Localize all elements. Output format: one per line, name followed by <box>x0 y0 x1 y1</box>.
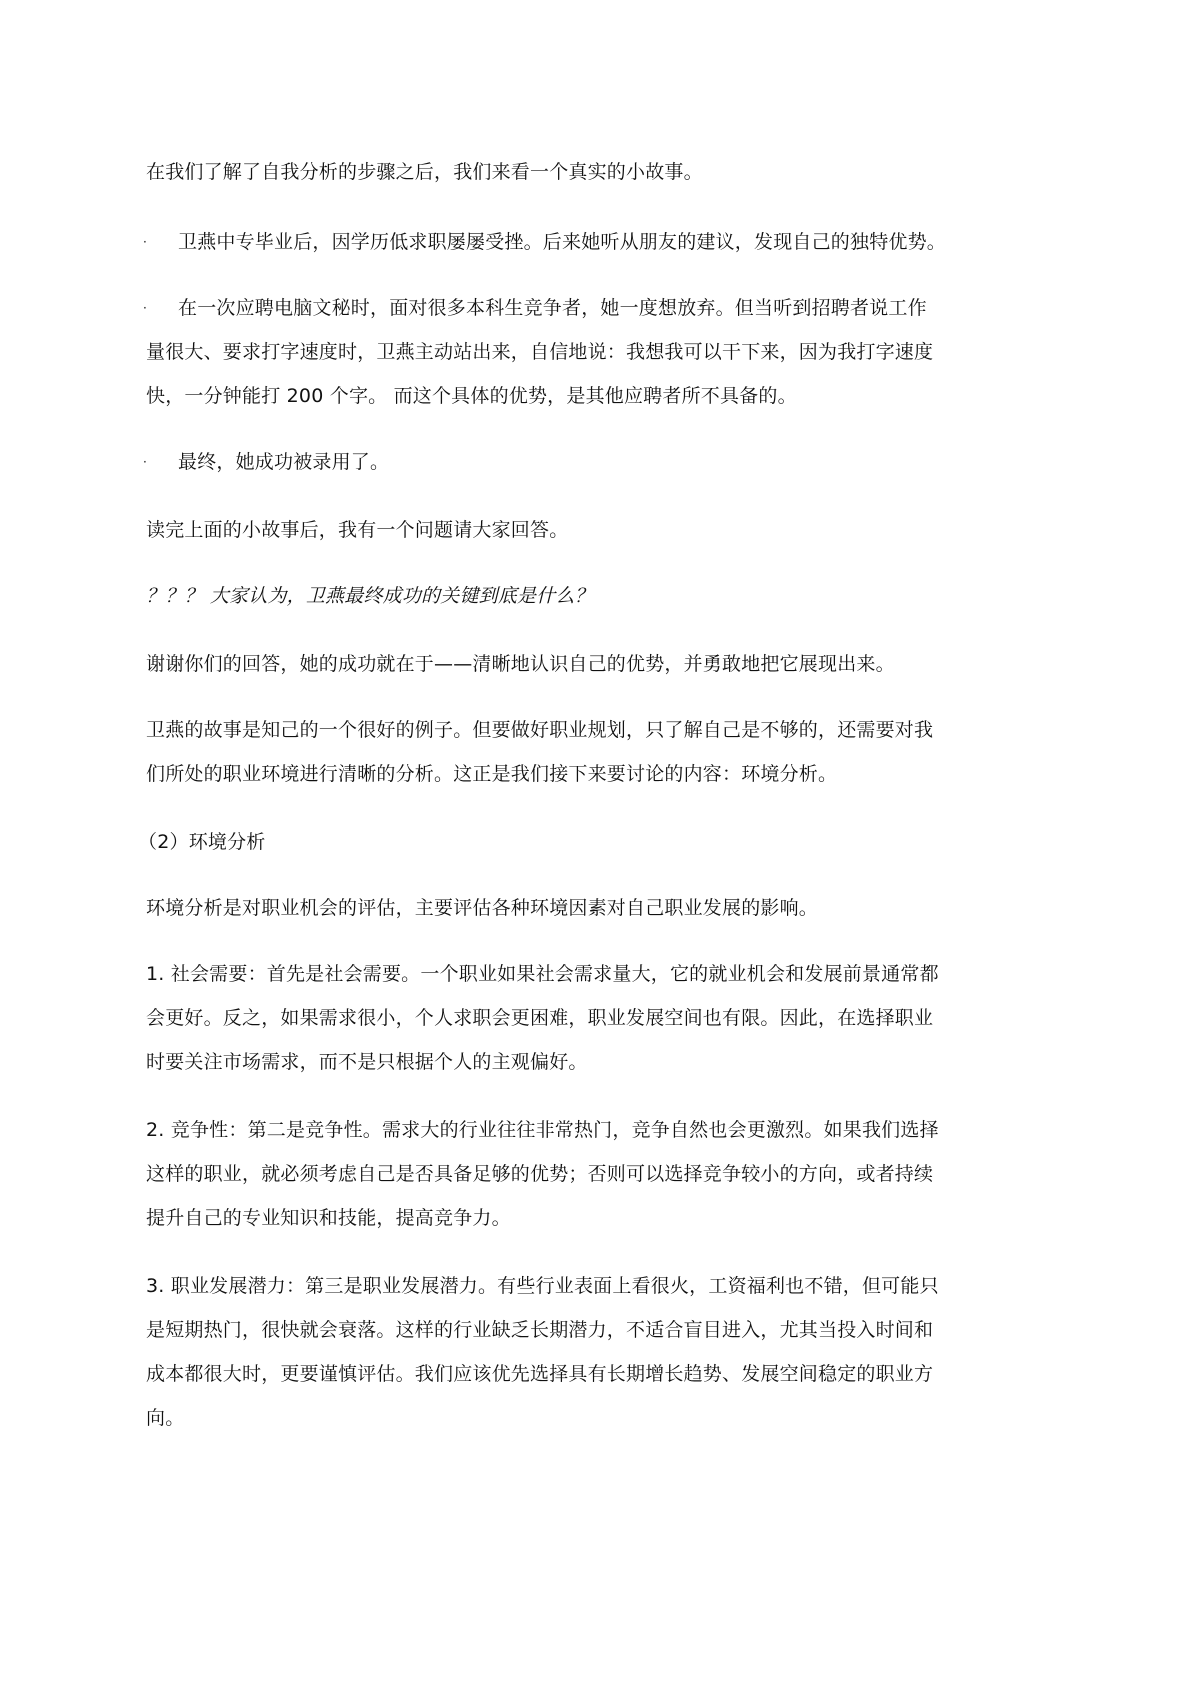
story-paragraph-2-line-2: 量很大、要求打字速度时，卫燕主动站出来，自信地说：我想我可以干下来，因为我打字速… <box>146 340 933 364</box>
intro-paragraph: 在我们了解了自我分析的步骤之后，我们来看一个真实的小故事。 <box>146 160 703 184</box>
bullet-mark: · <box>143 450 147 474</box>
point-3-line-2: 是短期热门，很快就会衰落。这样的行业缺乏长期潜力，不适合盲目进入，尤其当投入时间… <box>146 1318 933 1342</box>
answer-paragraph: 谢谢你们的回答，她的成功就在于——清晰地认识自己的优势，并勇敢地把它展现出来。 <box>146 652 895 676</box>
point-2-line-1: 2. 竞争性：第二是竞争性。需求大的行业往往非常热门，竞争自然也会更激烈。如果我… <box>146 1118 939 1142</box>
point-1-line-2: 会更好。反之，如果需求很小，个人求职会更困难，职业发展空间也有限。因此，在选择职… <box>146 1006 933 1030</box>
section-heading: （2）环境分析 <box>138 830 266 854</box>
bullet-mark: · <box>143 296 147 320</box>
story-paragraph-3: 最终，她成功被录用了。 <box>178 450 389 474</box>
point-3-line-3: 成本都很大时，更要谨慎评估。我们应该优先选择具有长期增长趋势、发展空间稳定的职业… <box>146 1362 933 1386</box>
point-1-line-3: 时要关注市场需求，而不是只根据个人的主观偏好。 <box>146 1050 588 1074</box>
story-paragraph-2-line-1: 在一次应聘电脑文秘时，面对很多本科生竞争者，她一度想放弃。但当听到招聘者说工作 <box>178 296 927 320</box>
point-1-line-1: 1. 社会需要：首先是社会需要。一个职业如果社会需求量大，它的就业机会和发展前景… <box>146 962 939 986</box>
transition-line-1: 卫燕的故事是知己的一个很好的例子。但要做好职业规划，只了解自己是不够的，还需要对… <box>146 718 933 742</box>
story-paragraph-2-line-3: 快，一分钟能打 200 个字。 而这个具体的优势，是其他应聘者所不具备的。 <box>146 384 797 408</box>
point-3-line-1: 3. 职业发展潜力：第三是职业发展潜力。有些行业表面上看很火，工资福利也不错，但… <box>146 1274 939 1298</box>
question-paragraph: ？？？ 大家认为，卫燕最终成功的关键到底是什么？ <box>146 584 594 608</box>
prompt-paragraph: 读完上面的小故事后，我有一个问题请大家回答。 <box>146 518 568 542</box>
point-2-line-3: 提升自己的专业知识和技能，提高竞争力。 <box>146 1206 511 1230</box>
point-2-line-2: 这样的职业，就必须考虑自己是否具备足够的优势；否则可以选择竞争较小的方向，或者持… <box>146 1162 933 1186</box>
story-paragraph-1: 卫燕中专毕业后，因学历低求职屡屡受挫。后来她听从朋友的建议，发现自己的独特优势。 <box>178 230 946 254</box>
transition-line-2: 们所处的职业环境进行清晰的分析。这正是我们接下来要讨论的内容：环境分析。 <box>146 762 837 786</box>
point-3-line-4: 向。 <box>146 1406 184 1430</box>
bullet-mark: · <box>143 230 147 254</box>
document-page: 在我们了解了自我分析的步骤之后，我们来看一个真实的小故事。 · 卫燕中专毕业后，… <box>0 0 1200 1696</box>
section-intro: 环境分析是对职业机会的评估，主要评估各种环境因素对自己职业发展的影响。 <box>146 896 818 920</box>
